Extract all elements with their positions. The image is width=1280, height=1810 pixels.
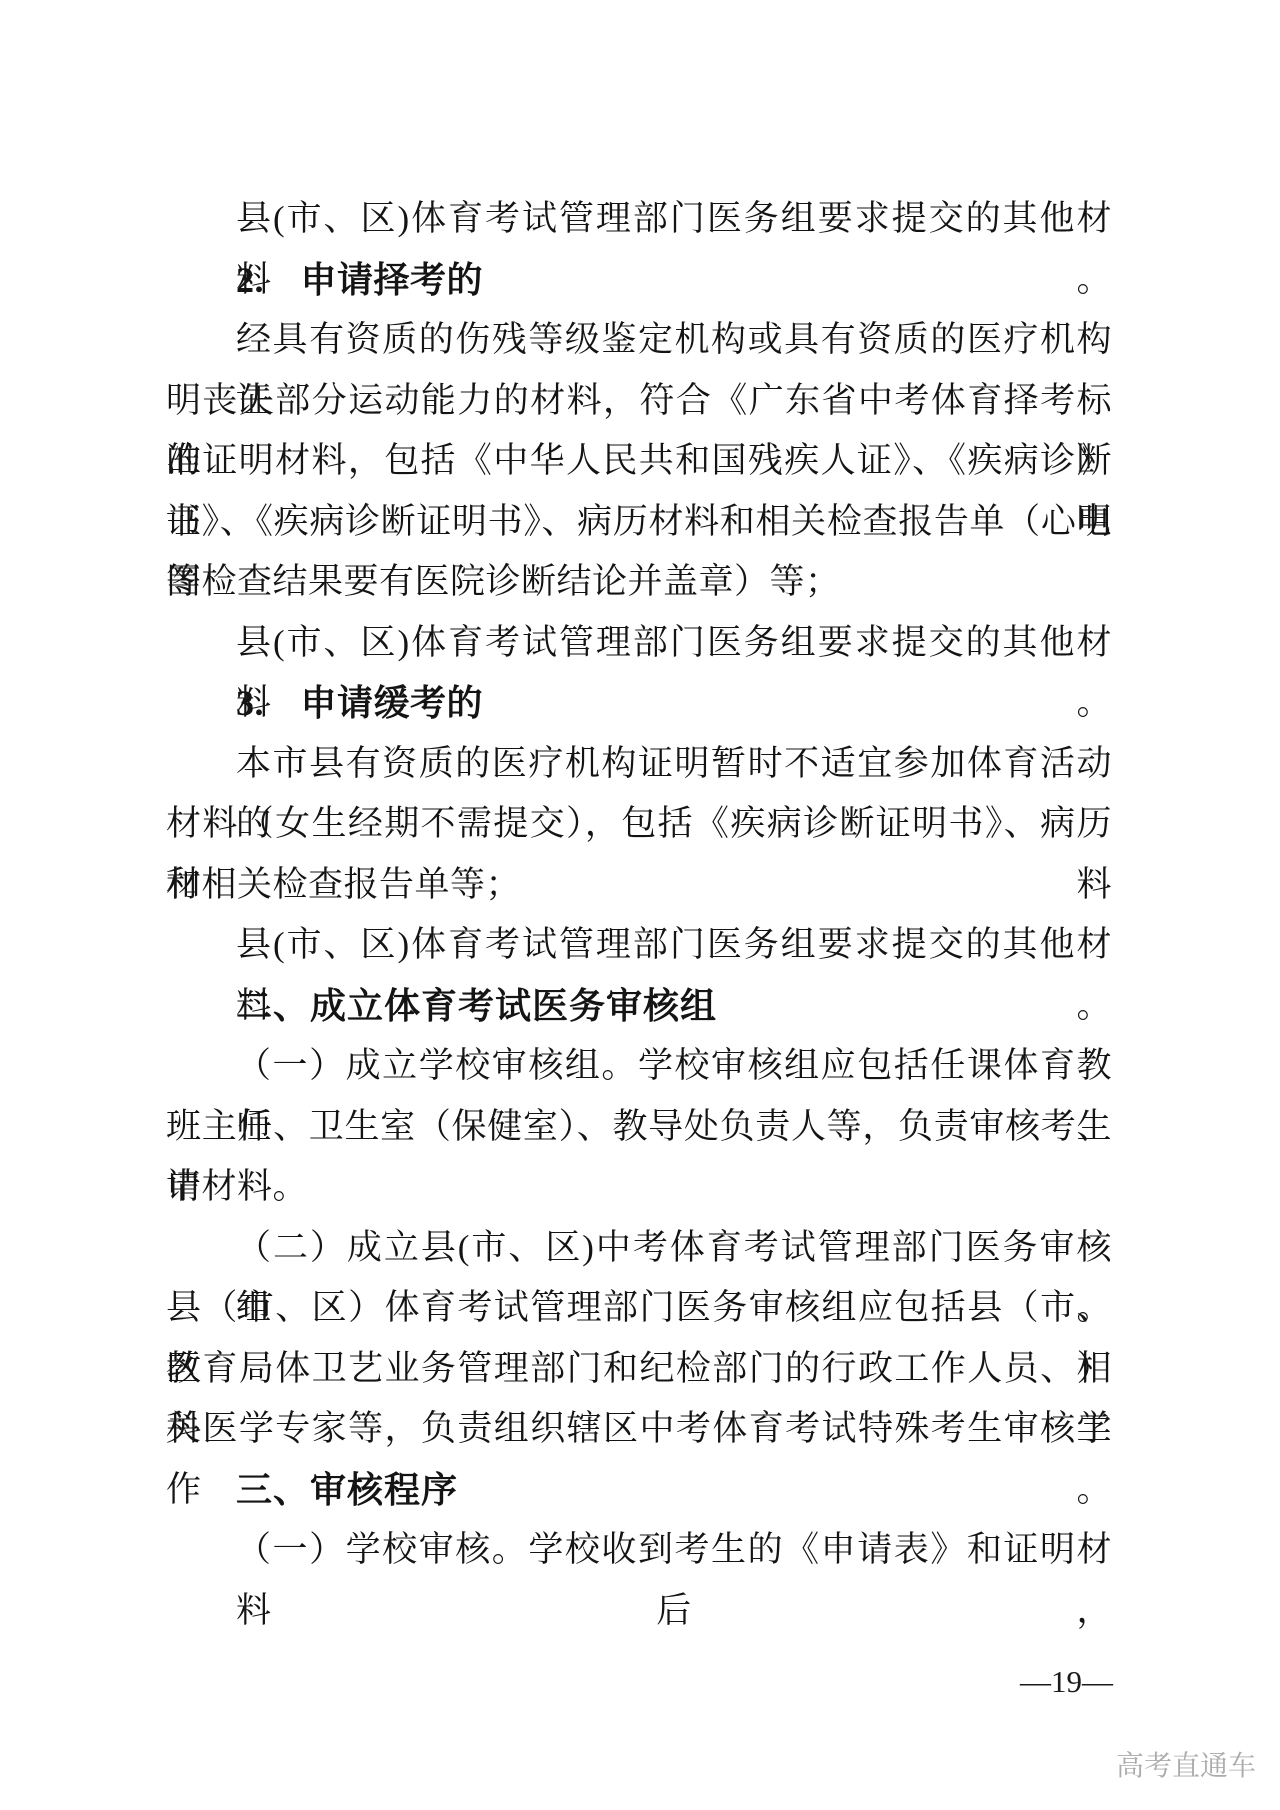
text-line: （二）成立县(市、区)中考体育考试管理部门医务审核组。 [166,1218,1112,1279]
text-line: 经具有资质的伤残等级鉴定机构或具有资质的医疗机构证 [166,310,1112,371]
text-line: 材料（女生经期不需提交），包括《疾病诊断证明书》、病历材料 [166,794,1112,855]
text-line: 本市县有资质的医疗机构证明暂时不适宜参加体育活动的 [166,734,1112,795]
document-body: 县(市、区)体育考试管理部门医务组要求提交的其他材料。 2. 申请择考的 经具有… [166,189,1112,1581]
text-line: （一）学校审核。学校收到考生的《申请表》和证明材料后， [166,1520,1112,1581]
watermark-text: 高考直通车 [1116,1750,1256,1782]
text-line: 县(市、区)体育考试管理部门医务组要求提交的其他材料。 [166,915,1112,976]
text-line: 请材料。 [166,1157,1112,1218]
text-line: 县(市、区)体育考试管理部门医务组要求提交的其他材料。 [166,189,1112,250]
text-line: 教育局体卫艺业务管理部门和纪检部门的行政工作人员、相关学 [166,1339,1112,1400]
page-number: —19— [1020,1660,1113,1704]
text-line: 书》、《疾病诊断证明书》、病历材料和相关检查报告单（心电图 [166,492,1112,553]
text-line: 明丧失部分运动能力的材料，符合《广东省中考体育择考标准》 [166,371,1112,432]
text-line: 科医学专家等，负责组织辖区中考体育考试特殊考生审核工作。 [166,1399,1112,1460]
text-line: 等检查结果要有医院诊断结论并盖章）等； [166,552,1112,613]
text-line: 县(市、区)体育考试管理部门医务组要求提交的其他材料。 [166,613,1112,674]
text-line: 的证明材料，包括《中华人民共和国残疾人证》、《疾病诊断证明 [166,431,1112,492]
text-line: （一）成立学校审核组。学校审核组应包括任课体育教师、 [166,1036,1112,1097]
text-line: 县（市、区）体育考试管理部门医务审核组应包括县（市、区） [166,1278,1112,1339]
text-line: 班主任、卫生室（保健室）、教导处负责人等，负责审核考生申 [166,1097,1112,1158]
